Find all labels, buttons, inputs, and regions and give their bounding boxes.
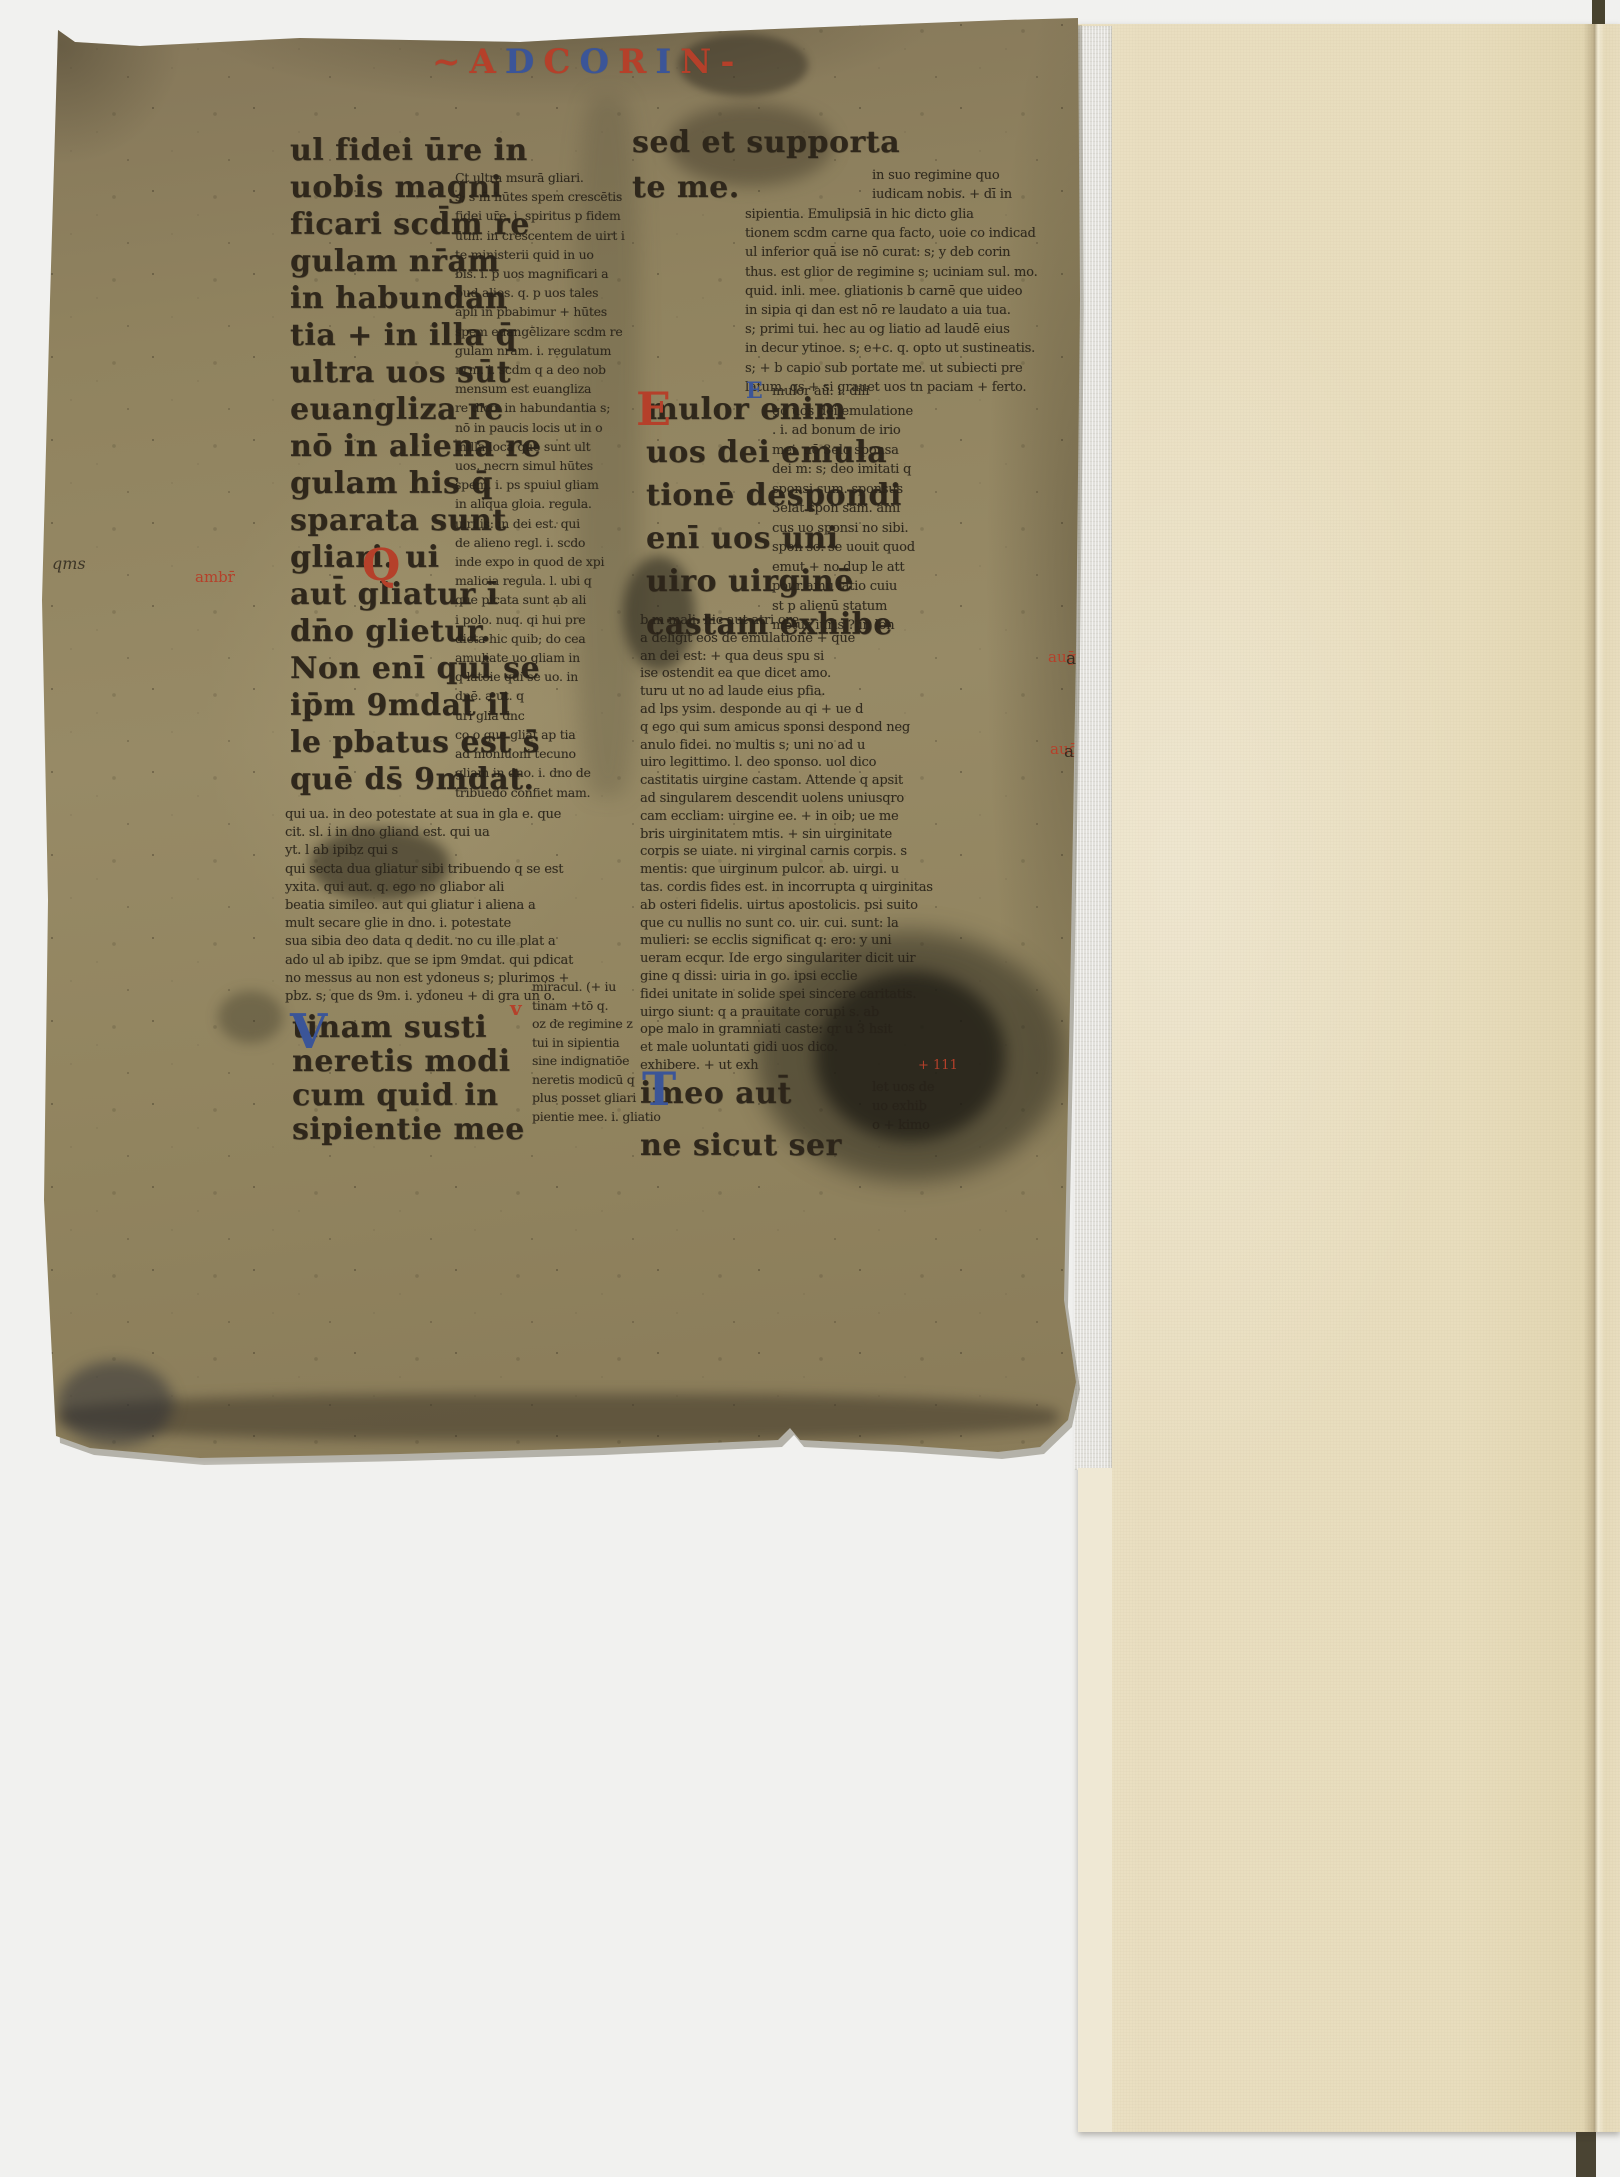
text-line: mulor enim: [646, 388, 902, 431]
text-line: fidei ur̄e. i. spiritus p fidem: [455, 206, 625, 225]
text-line: mensum est euangliza: [455, 379, 625, 398]
margin-note-ambrose: ambr̄: [195, 568, 235, 586]
text-line: spem euangēlizare scdm re: [455, 322, 625, 341]
text-line: nrm. i. scdm q a deo nob: [455, 360, 625, 379]
text-line: turu ut no ad laude eius pfia.: [640, 683, 933, 701]
initial-Q: Q: [362, 544, 400, 588]
text-line: malicia regula. l. ubi q: [455, 571, 625, 590]
text-line: fidei unitate in solide spei sincere car…: [640, 986, 933, 1004]
text-line: uiro legittimo. l. deo sponso. uol dico: [640, 754, 933, 772]
text-line: quid. inli. mee. gliationis b carnē que …: [745, 282, 1038, 301]
gloss-ref-mark: + 111: [918, 1058, 958, 1073]
text-line: in suo regimine quo: [872, 166, 1012, 185]
running-header-letter: N: [680, 42, 720, 82]
text-line: ise ostendit ea que dicet amo.: [640, 665, 933, 683]
text-line: qui secta dua gliatur sibi tribuendo q s…: [285, 861, 573, 879]
text-line: qui ua. in deo potestate at sua in gla e…: [285, 806, 573, 824]
margin-letter-a-1: a: [1066, 649, 1076, 669]
text-line: ab osteri fidelis. uirtus apostolicis. p…: [640, 897, 933, 915]
text-line: ope malo in gramniati caste: qr u 3 hsit: [640, 1021, 933, 1039]
gloss-left-full: qui ua. in deo potestate at sua in gla e…: [285, 806, 573, 1006]
text-line: corpis se uiate. ni virginal carnis corp…: [640, 843, 933, 861]
text-line: bris uirginitatem mtis. + sin uirginitat…: [640, 826, 933, 844]
text-line: cum quid in: [292, 1079, 525, 1113]
text-line: te me.: [632, 165, 900, 210]
gloss-right: sipientia. Emulipsiā in hic dicto gliati…: [745, 205, 1038, 397]
text-line: uirgo siunt: q a prauitate corupi s. ab: [640, 1004, 933, 1022]
text-line: ad lps ysim. desponde au qi + ue d: [640, 701, 933, 719]
gloss-right-full: b m mali. hic aut atri orea deligit eos …: [640, 612, 933, 1075]
text-line: de alieno regl. i. scdo: [455, 533, 625, 552]
stain: [58, 1394, 1058, 1440]
text-line: s; primi tui. hec au og liatio ad laudē …: [745, 320, 1038, 339]
running-header-letter: A: [470, 42, 505, 82]
text-line: sed et supporta: [632, 120, 900, 165]
text-line: tionē despondi: [646, 474, 902, 517]
text-line: enī uos uni: [646, 517, 902, 560]
running-header: ~ADCORIN-: [432, 42, 743, 82]
stain: [218, 991, 283, 1043]
margin-note-left: qms: [52, 554, 86, 573]
text-line: amuliate uo gliam in: [455, 648, 625, 667]
running-header-letter: R: [618, 42, 655, 82]
gloss-initial-v: v: [510, 998, 522, 1018]
text-line: dnē. a ut. q: [455, 686, 625, 705]
text-line: iudicam nobis. + dī in: [872, 185, 1012, 204]
text-line: co o que gliat ap tia: [455, 725, 625, 744]
running-header-letter: I: [655, 42, 680, 82]
text-line: tas. cordis fides est. in incorrupta q u…: [640, 879, 933, 897]
gloss-right-bottom: let uos deuo exhibo + kimo: [872, 1078, 934, 1135]
manuscript-photo: ~ADCORIN- ul fidei ūre inuobis magnifica…: [0, 0, 1620, 2177]
text-line: yt. l ab ipibz qui s: [285, 842, 573, 860]
text-line: uo exhib: [872, 1097, 934, 1116]
text-line: te ministerii quid in uo: [455, 245, 625, 264]
text-line: s; + b capio sub portate me. ut subiecti…: [745, 359, 1038, 378]
text-line: bis. i. p uos magnificari a: [455, 264, 625, 283]
text-line: pud alios. q. p uos tales: [455, 283, 625, 302]
stain: [58, 1361, 173, 1446]
running-header-letter: ~: [432, 42, 470, 82]
text-line: tionem scdm carne qua facto, uoie co ind…: [745, 224, 1038, 243]
text-line: Ct ultra msurā gliari.: [455, 168, 625, 187]
initial-T: T: [642, 1066, 676, 1112]
text-line: gulam nram. i. regulatum: [455, 341, 625, 360]
facing-blank-page: [1078, 24, 1620, 2132]
text-line: spem. i. ps spuiul gliam: [455, 475, 625, 494]
text-line: ul inferior quā ise nō curat: s; y deb c…: [745, 243, 1038, 262]
text-line: uirilis: in dei est. qui: [455, 514, 625, 533]
text-line: gliam in dno. i. dno de: [455, 763, 625, 782]
text-line: et male uoluntati gidi uos dico.: [640, 1039, 933, 1057]
parchment-leaf: ~ADCORIN- ul fidei ūre inuobis magnifica…: [40, 16, 1082, 1462]
text-line: s; s m̄ hūtes spem crescētis: [455, 187, 625, 206]
text-line: uos. necrn simul hūtes: [455, 456, 625, 475]
text-line: cit. sl. i in dno gliand est. qui ua: [285, 824, 573, 842]
running-header-letter: O: [579, 42, 618, 82]
text-line: sua sibia deo data q dedit. no cu ille p…: [285, 933, 573, 951]
text-line: pbz. s; que ds 9m. i. ydoneu + di gra un…: [285, 988, 573, 1006]
text-line: mentis: que uirginum pulcor. ab. uirgi. …: [640, 861, 933, 879]
text-line: uiro uirginē: [646, 560, 902, 603]
text-line: dicta hic quib; do cea: [455, 629, 625, 648]
text-line: mult secare glie in dno. i. potestate: [285, 915, 573, 933]
text-line: q ego qui sum amicus sponsi despond neg: [640, 719, 933, 737]
text-line: i polo. nuq. qi hui pre: [455, 610, 625, 629]
text-line: uri glia dnc: [455, 706, 625, 725]
text-line: mulieri: se ecclis significat q: ero: y …: [640, 932, 933, 950]
text-line: ad moniuoni tecuno: [455, 744, 625, 763]
initial-E: E: [636, 386, 671, 432]
text-line: inde expo in quod de xpi: [455, 552, 625, 571]
margin-letter-a-2: a: [1064, 742, 1074, 762]
text-line: q latoie qui se uo. in: [455, 667, 625, 686]
running-header-letter: C: [543, 42, 579, 82]
text-line: in sipia qi dan est nō re laudato a uia …: [745, 301, 1038, 320]
bible-text-right: sed et supportate me.: [632, 120, 900, 210]
running-header-letter: -: [720, 42, 743, 82]
running-header-letter: D: [505, 42, 543, 82]
text-line: uos dei emula: [646, 431, 902, 474]
text-line: gine q dissi: uiria in go. ipsi ecclie: [640, 968, 933, 986]
initial-V: V: [290, 1008, 327, 1056]
page-edge-strip: [1078, 1468, 1112, 2132]
text-line: an dei est: + qua deus spu si: [640, 648, 933, 666]
gloss-left-side: Ct ultra msurā gliari.s; s m̄ hūtes spem…: [455, 168, 625, 802]
text-line: cam eccliam: uirgine ee. + in oib; ue me: [640, 808, 933, 826]
text-line: castitatis uirgine castam. Attende q aps…: [640, 772, 933, 790]
gloss-right-top: in suo regimine quoiudicam nobis. + dī i…: [872, 166, 1012, 204]
text-line: in aliqua gloia. regula.: [455, 494, 625, 513]
text-line: anulo fidei. no multis s; uni no ad u: [640, 737, 933, 755]
gloss-initial-E: E: [746, 380, 763, 402]
text-line: ne sicut ser: [640, 1120, 842, 1172]
text-line: b m mali. hic aut atri ore: [640, 612, 933, 630]
text-line: re dico. in habundantia s;: [455, 398, 625, 417]
text-line: sipientie mee: [292, 1113, 525, 1147]
text-line: let uos de: [872, 1078, 934, 1097]
text-line: o + kimo: [872, 1116, 934, 1135]
text-line: in decur ytinoe. s; e+c. q. opto ut sust…: [745, 339, 1038, 358]
text-line: nō in paucis locis ut in o: [455, 418, 625, 437]
text-line: apli in pbabimur + hūtes: [455, 302, 625, 321]
text-line: thus. est glior de regimine s; uciniam s…: [745, 263, 1038, 282]
bible-text-right-2: mulor enimuos dei emulationē despondienī…: [646, 388, 902, 646]
text-line: que picata sunt ab ali: [455, 590, 625, 609]
text-line: ado ul ab ipibz. que se ipm 9mdat. qui p…: [285, 952, 573, 970]
text-line: milla loca que sunt ult: [455, 437, 625, 456]
text-line: yxita. qui aut. q. ego no gliabor ali: [285, 879, 573, 897]
text-line: sipientia. Emulipsiā in hic dicto glia: [745, 205, 1038, 224]
text-line: que cu nullis no sunt co. uir. cui. sunt…: [640, 915, 933, 933]
text-line: ul fidei ūre in: [290, 132, 541, 169]
text-line: ad singularem descendit uolens uniusqro: [640, 790, 933, 808]
paper-texture: [1078, 24, 1620, 2132]
page-crease: [1583, 24, 1605, 2132]
text-line: a deligit eos de emulatione + que: [640, 630, 933, 648]
text-line: beatia simileo. aut qui gliatur i aliena…: [285, 897, 573, 915]
text-line: ueram ecqur. Ide ergo singulariter dicit…: [640, 950, 933, 968]
text-line: ūtm. in crescentem de uirt i: [455, 226, 625, 245]
text-line: no messus au non est ydoneus s; plurimos…: [285, 970, 573, 988]
text-line: tribuedo confiet mam.: [455, 783, 625, 802]
